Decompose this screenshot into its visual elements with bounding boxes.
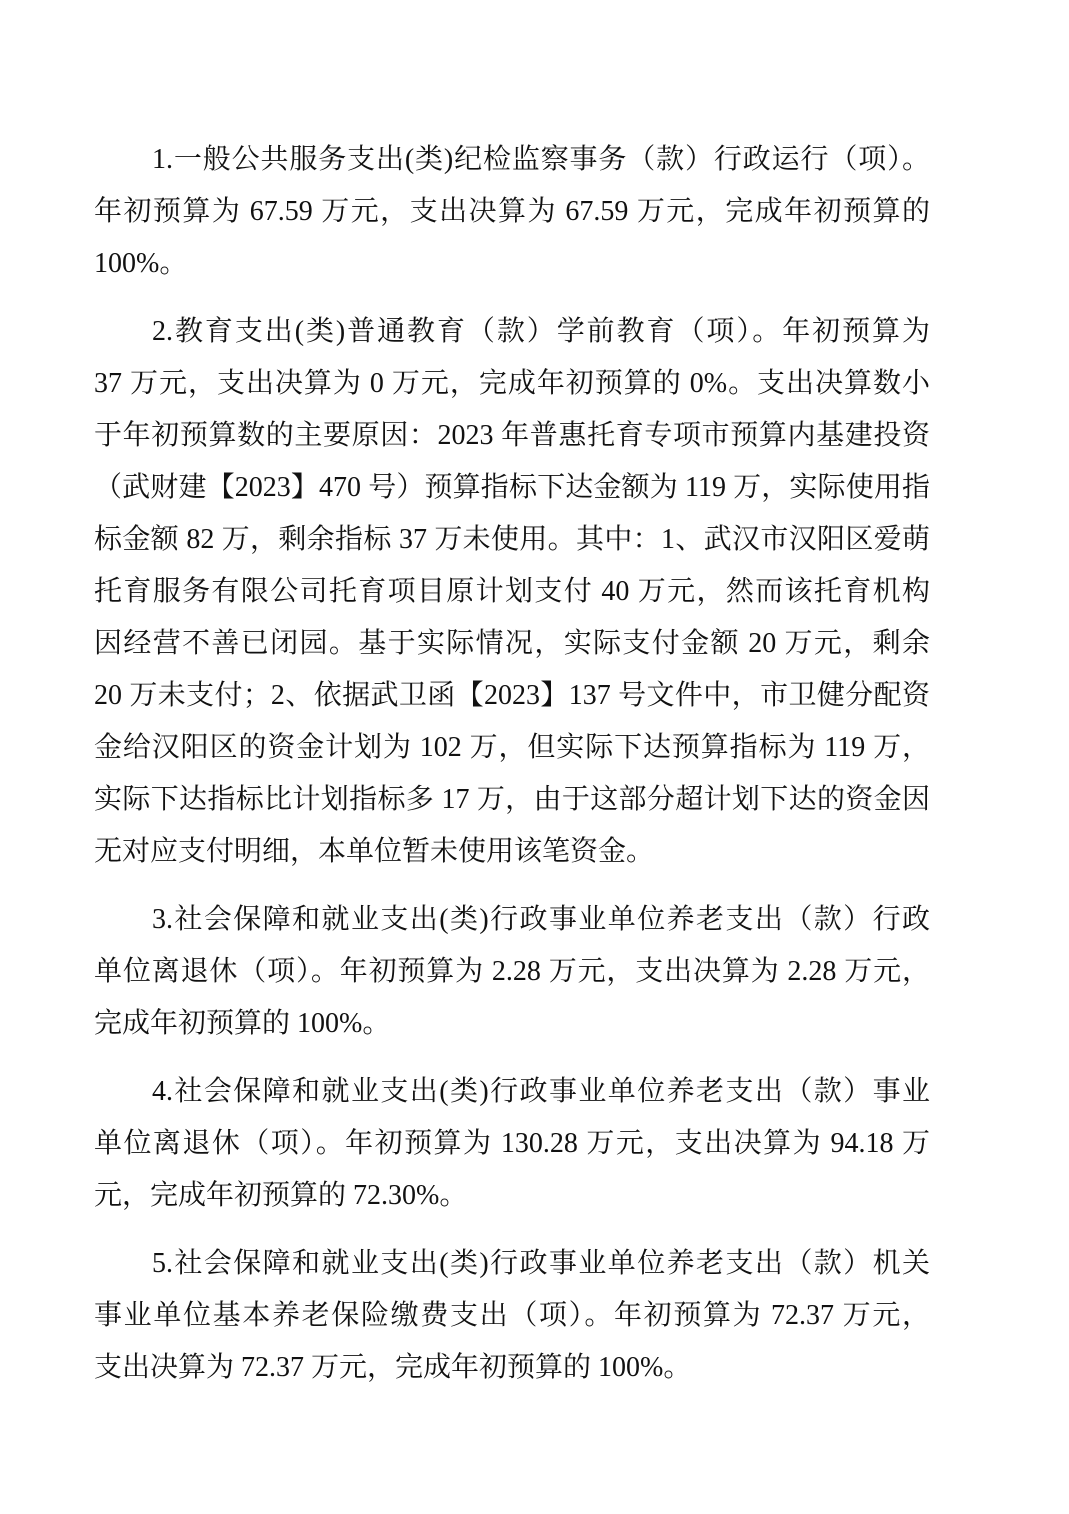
text-line: 20 万未支付；2、依据武卫函【2023】137 号文件中，市卫健分配资 — [94, 670, 930, 722]
text-line: 实际下达指标比计划指标多 17 万，由于这部分超计划下达的资金因 — [94, 774, 930, 826]
document-page: 1.一般公共服务支出(类)纪检监察事务（款）行政运行（项）。年初预算为 67.5… — [0, 0, 1069, 1514]
text-line: 于年初预算数的主要原因：2023 年普惠托育专项市预算内基建投资 — [94, 410, 930, 462]
text-line: 3.社会保障和就业支出(类)行政事业单位养老支出（款）行政 — [94, 894, 930, 946]
text-line: 4.社会保障和就业支出(类)行政事业单位养老支出（款）事业 — [94, 1066, 930, 1118]
text-line: 因经营不善已闭园。基于实际情况，实际支付金额 20 万元，剩余 — [94, 618, 930, 670]
text-line: 支出决算为 72.37 万元，完成年初预算的 100%。 — [94, 1342, 930, 1394]
paragraph-item-1-general-public-services: 1.一般公共服务支出(类)纪检监察事务（款）行政运行（项）。年初预算为 67.5… — [94, 134, 930, 290]
paragraph-item-4-social-security-institution-retirees: 4.社会保障和就业支出(类)行政事业单位养老支出（款）事业单位离退休（项）。年初… — [94, 1066, 930, 1222]
text-line: 事业单位基本养老保险缴费支出（项）。年初预算为 72.37 万元， — [94, 1290, 930, 1342]
text-line: 2.教育支出(类)普通教育（款）学前教育（项）。年初预算为 — [94, 306, 930, 358]
text-line: 标金额 82 万，剩余指标 37 万未使用。其中：1、武汉市汉阳区爱萌 — [94, 514, 930, 566]
text-line: （武财建【2023】470 号）预算指标下达金额为 119 万，实际使用指 — [94, 462, 930, 514]
text-line: 无对应支付明细，本单位暂未使用该笔资金。 — [94, 826, 930, 878]
paragraph-item-5-social-security-pension-contribution: 5.社会保障和就业支出(类)行政事业单位养老支出（款）机关事业单位基本养老保险缴… — [94, 1238, 930, 1394]
text-line: 托育服务有限公司托育项目原计划支付 40 万元，然而该托育机构 — [94, 566, 930, 618]
text-line: 单位离退休（项）。年初预算为 2.28 万元，支出决算为 2.28 万元， — [94, 946, 930, 998]
text-line: 100%。 — [94, 238, 930, 290]
text-line: 1.一般公共服务支出(类)纪检监察事务（款）行政运行（项）。 — [94, 134, 930, 186]
text-line: 年初预算为 67.59 万元，支出决算为 67.59 万元，完成年初预算的 — [94, 186, 930, 238]
text-line: 单位离退休（项）。年初预算为 130.28 万元，支出决算为 94.18 万 — [94, 1118, 930, 1170]
document-body: 1.一般公共服务支出(类)纪检监察事务（款）行政运行（项）。年初预算为 67.5… — [94, 134, 930, 1410]
paragraph-item-3-social-security-admin-retirees: 3.社会保障和就业支出(类)行政事业单位养老支出（款）行政单位离退休（项）。年初… — [94, 894, 930, 1050]
text-line: 37 万元，支出决算为 0 万元，完成年初预算的 0%。支出决算数小 — [94, 358, 930, 410]
text-line: 元，完成年初预算的 72.30%。 — [94, 1170, 930, 1222]
text-line: 5.社会保障和就业支出(类)行政事业单位养老支出（款）机关 — [94, 1238, 930, 1290]
text-line: 完成年初预算的 100%。 — [94, 998, 930, 1050]
text-line: 金给汉阳区的资金计划为 102 万，但实际下达预算指标为 119 万， — [94, 722, 930, 774]
paragraph-item-2-education-preschool: 2.教育支出(类)普通教育（款）学前教育（项）。年初预算为37 万元，支出决算为… — [94, 306, 930, 878]
